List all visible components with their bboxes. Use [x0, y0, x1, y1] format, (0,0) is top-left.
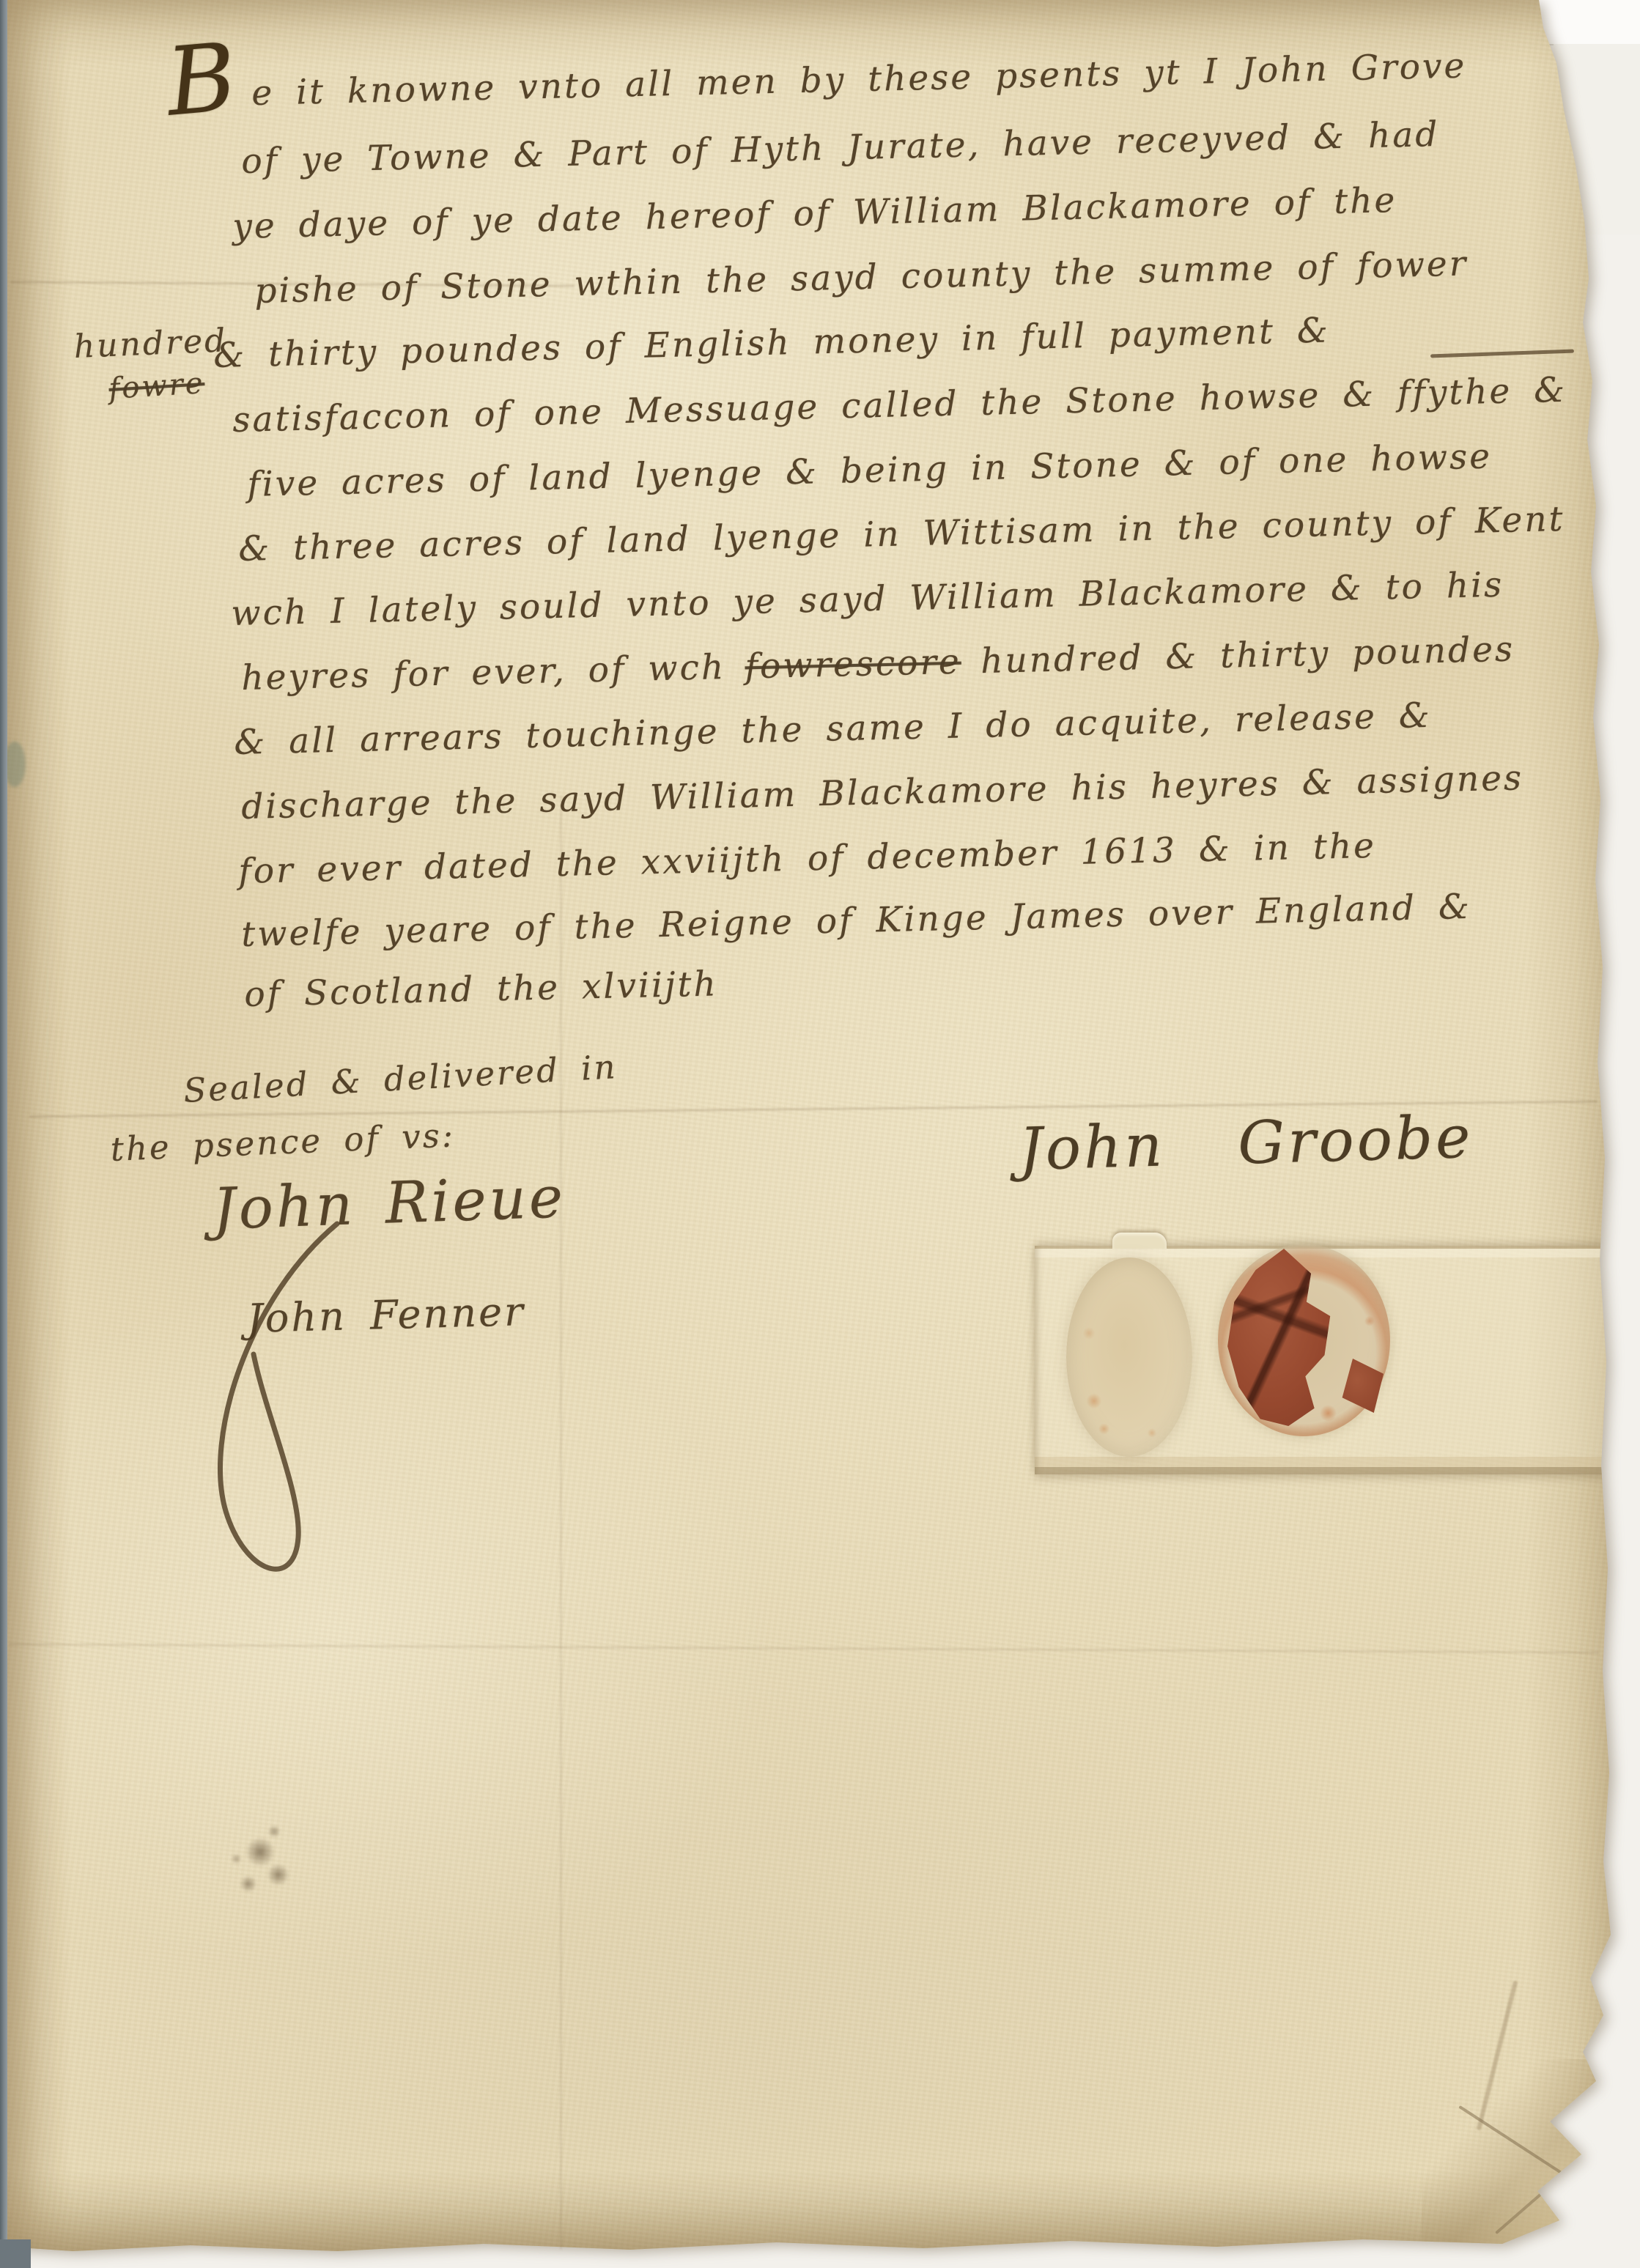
document-scan: { "palette": { "paper": "#e7dab6", "pape… — [0, 0, 1640, 2268]
attestation-line: Sealed & delivered in — [182, 1047, 618, 1110]
deed-text-line: twelfe yeare of the Reigne of Kinge Jame… — [241, 887, 1472, 955]
scanner-edge-strip — [0, 0, 7, 2268]
deed-text-line: satisfaccon of one Messuage called the S… — [232, 370, 1567, 440]
deed-text-line: ye daye of ye date hereof of William Bla… — [232, 180, 1397, 247]
deed-text-line: five acres of land lyenge & being in Sto… — [247, 436, 1493, 505]
faded-seal-impression — [1066, 1257, 1192, 1457]
red-wax-seal — [1218, 1244, 1390, 1436]
witness-signature: John Fenner — [246, 1288, 525, 1342]
deed-text-line: wch I lately sould vnto ye sayd William … — [231, 565, 1504, 634]
line-10-struck-word: fowrescore — [745, 642, 961, 687]
deed-text-line: & three acres of land lyenge in Wittisam… — [238, 499, 1565, 569]
signature-flourish — [183, 1194, 491, 1605]
ink-stain — [218, 1809, 318, 1923]
deed-text-line: & thirty poundes of English money in ful… — [213, 310, 1331, 376]
pen-flourish-dash — [1430, 350, 1574, 358]
line-10-pre: heyres for ever, of wch — [241, 647, 726, 698]
scanner-edge-corner — [0, 2239, 31, 2268]
deed-text-line: of Scotland the xlviijth — [244, 964, 719, 1015]
deed-text-line: discharge the sayd William Blackamore hi… — [241, 758, 1524, 827]
attestation-line: the psence of vs: — [110, 1115, 456, 1169]
fold-crease-vertical — [560, 795, 562, 2250]
manuscript-content: B e it knowne vnto all men by these psen… — [0, 0, 1640, 2268]
decorated-initial: B — [163, 31, 240, 130]
fold-crease-horizontal — [9, 1643, 1599, 1653]
deed-text-line: pishe of Stone wthin the sayd county the… — [254, 243, 1469, 311]
deed-text-line: heyres for ever, of wch fowrescore hundr… — [241, 629, 1515, 698]
margin-insertion-word: hundred — [73, 322, 228, 366]
margin-struck-word: fowre — [108, 366, 205, 406]
principal-signature: John Groobe — [1018, 1103, 1474, 1183]
deed-text-line: & all arrears touchinge the same I do ac… — [234, 695, 1433, 763]
deed-text-line: for ever dated the xxviijth of december … — [238, 826, 1377, 892]
line-10-post: hundred & thirty poundes — [980, 629, 1515, 682]
deed-text-line: e it knowne vnto all men by these psents… — [251, 45, 1467, 114]
deed-text-line: of ye Towne & Part of Hyth Jurate, have … — [241, 114, 1440, 182]
